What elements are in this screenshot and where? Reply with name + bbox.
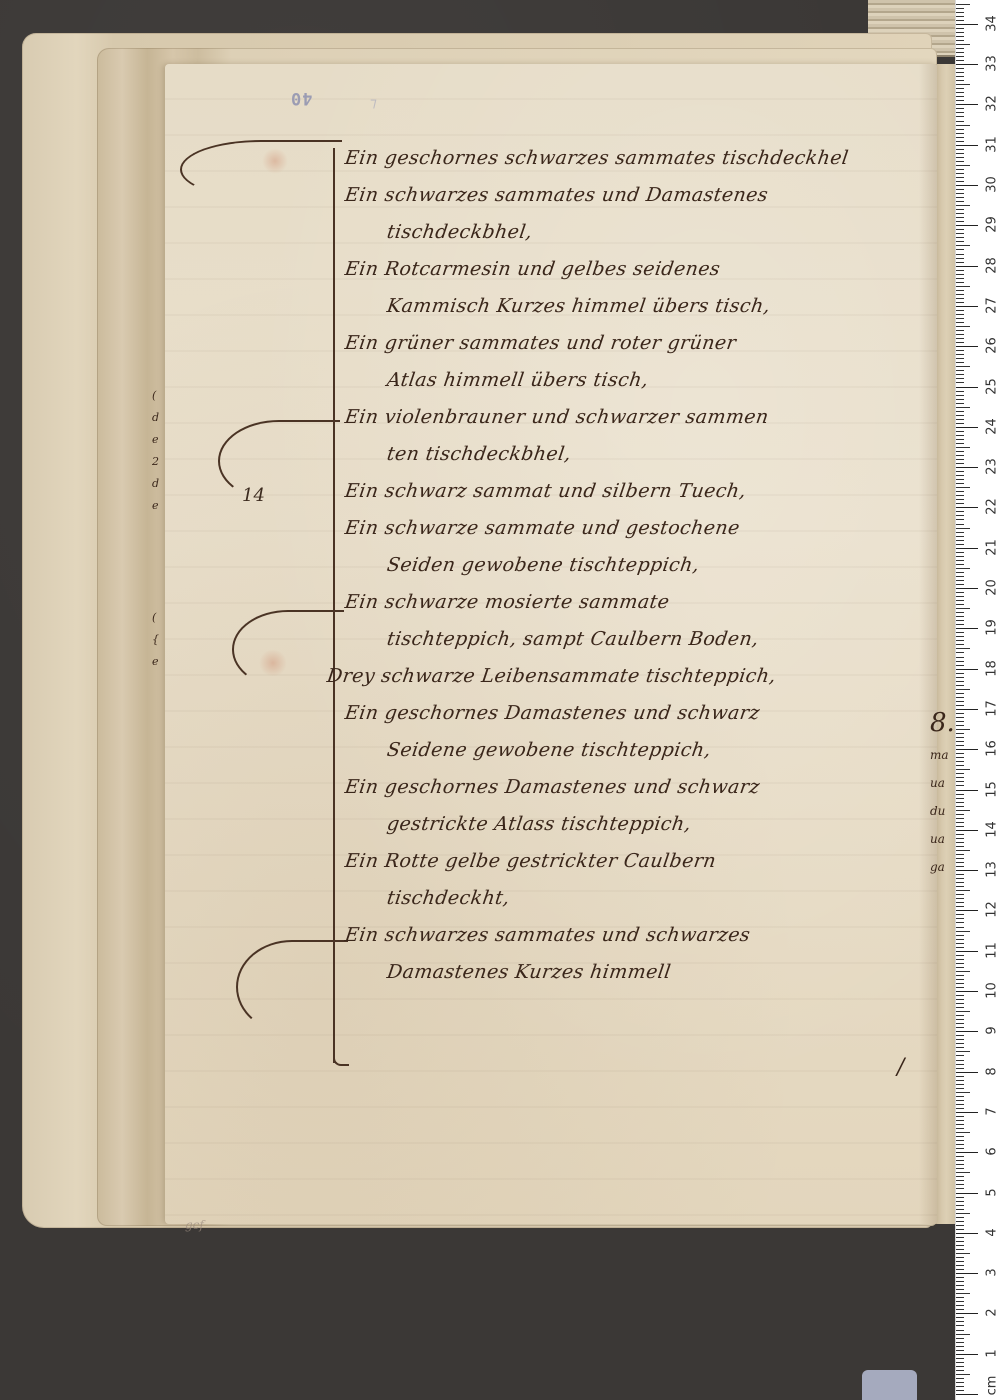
ruler-tick [956, 548, 978, 549]
ruler-tick [956, 1241, 964, 1242]
ruler-tick [956, 983, 964, 984]
ruler-tick [956, 785, 964, 786]
inventory-entry: Ein Rotcarmesin und gelbes seidenes Kamm… [345, 251, 935, 325]
ruler-tick [956, 842, 964, 843]
ruler-tick [956, 1176, 964, 1177]
ruler-tick [956, 68, 964, 69]
ruler-tick [956, 274, 964, 275]
ruler-tick [956, 1120, 964, 1121]
ruler-tick [956, 1108, 964, 1109]
ruler-tick [956, 1068, 964, 1069]
entry-line: Ein schwarz sammat und silbern Tuech, [342, 473, 937, 510]
ruler-tick [956, 1370, 964, 1371]
ruler-tick [956, 729, 970, 730]
ruler-tick [956, 878, 964, 879]
ruler-tick [956, 959, 964, 960]
ruler-tick [956, 100, 964, 101]
ruler-tick [956, 665, 964, 666]
ruler-tick [956, 1072, 978, 1073]
fragment-char: d [152, 473, 166, 495]
ruler-tick [956, 1229, 964, 1230]
ruler-label: 28 [985, 255, 1000, 275]
ruler-tick [956, 1144, 964, 1145]
ruler-tick [956, 1076, 964, 1077]
ruler-tick [956, 1124, 964, 1125]
ruler-tick [956, 1301, 964, 1302]
ruler-tick [956, 866, 964, 867]
ruler-tick [956, 1027, 964, 1028]
ruler-tick [956, 1317, 964, 1318]
ruler-tick [956, 1225, 964, 1226]
ruler-tick [956, 443, 964, 444]
ruler-tick [956, 314, 964, 315]
ruler-tick [956, 415, 964, 416]
ruler-tick [956, 564, 964, 565]
ruler-tick [956, 1378, 964, 1379]
ruler-label: 34 [985, 13, 1000, 33]
ruler-tick [956, 169, 964, 170]
ruler-tick [956, 1257, 964, 1258]
ruler-tick [956, 701, 964, 702]
ruler-tick [956, 636, 964, 637]
ruler-tick [956, 854, 964, 855]
ruler-label: 21 [985, 537, 1000, 557]
ruler-tick [956, 245, 970, 246]
inventory-entry: Drey schwarze Leibensammate tischteppich… [345, 658, 935, 695]
ruler-tick [956, 657, 964, 658]
ruler-label: 8 [985, 1061, 1000, 1081]
ruler-tick [956, 1253, 970, 1254]
tail-mark: / [897, 1055, 904, 1080]
ruler-tick [956, 1092, 970, 1093]
ruler-tick [956, 576, 964, 577]
entry-line: ten tischdeckbhel, [342, 436, 937, 473]
ruler-tick [956, 757, 964, 758]
ruler-tick [956, 471, 964, 472]
entry-line: Atlas himmell übers tisch, [342, 362, 937, 399]
ruler-tick [956, 1112, 978, 1113]
measurement-ruler: 1234567891011121314151617181920212223242… [955, 0, 1000, 1400]
adjacent-page-fragment: 8. ma ua du ua ga [930, 705, 956, 881]
ruler-tick [956, 382, 964, 383]
ruler-tick [956, 1164, 964, 1165]
entry-line: Ein geschornes Damastenes und schwarz [342, 695, 937, 732]
ruler-tick [956, 991, 978, 992]
ruler-tick [956, 713, 964, 714]
ruler-tick [956, 1249, 964, 1250]
ruler-tick [956, 806, 964, 807]
ruler-tick [956, 258, 964, 259]
ruler-tick [956, 1394, 978, 1395]
ruler-tick [956, 1007, 964, 1008]
ruler-label: 30 [985, 175, 1000, 195]
entry-line: tischdeckht, [342, 880, 937, 917]
ruler-label: 25 [985, 376, 1000, 396]
ruler-tick [956, 532, 964, 533]
fragment-text: ma [930, 741, 956, 769]
ruler-tick [956, 1031, 978, 1032]
ruler-tick [956, 693, 964, 694]
ruler-tick [956, 395, 964, 396]
ruler-tick [956, 370, 964, 371]
ruler-tick [956, 874, 964, 875]
ruler-tick [956, 838, 964, 839]
ruler-tick [956, 427, 978, 428]
ruler-tick [956, 310, 964, 311]
ruler-label: 13 [985, 860, 1000, 880]
ruler-tick [956, 1136, 964, 1137]
ruler-tick [956, 1019, 964, 1020]
ruler-tick [956, 1358, 964, 1359]
blue-paper-tab [862, 1370, 917, 1400]
ruler-tick [956, 411, 964, 412]
fragment-text: ua [930, 825, 956, 853]
pencil-note: gcf [185, 1218, 204, 1232]
ruler-tick [956, 346, 978, 347]
inventory-entry: Ein schwarze sammate und gestochene Seid… [345, 510, 935, 584]
ruler-tick [956, 572, 964, 573]
ruler-tick [956, 249, 964, 250]
ruler-tick [956, 540, 964, 541]
ruler-tick [956, 1237, 964, 1238]
ruler-tick [956, 52, 964, 53]
ruler-tick [956, 1128, 964, 1129]
ruler-tick [956, 36, 964, 37]
ruler-tick [956, 338, 964, 339]
ruler-tick [956, 927, 964, 928]
ruler-tick [956, 1366, 964, 1367]
ruler-tick [956, 918, 964, 919]
ruler-label: 18 [985, 658, 1000, 678]
ruler-tick [956, 302, 964, 303]
ruler-tick [956, 765, 964, 766]
ruler-tick [956, 1293, 970, 1294]
ruler-tick [956, 439, 964, 440]
ruler-tick [956, 56, 964, 57]
ruler-tick [956, 342, 964, 343]
fragment-char: 2 [152, 451, 166, 473]
ruler-tick [956, 20, 964, 21]
ruler-label: 1 [985, 1343, 1000, 1363]
ruler-tick [956, 1350, 964, 1351]
ruler-tick [956, 995, 964, 996]
ruler-tick [956, 491, 964, 492]
ruler-tick [956, 1277, 964, 1278]
ruler-tick [956, 116, 964, 117]
ruler-tick [956, 971, 970, 972]
ruler-tick [956, 560, 964, 561]
ruler-tick [956, 568, 970, 569]
ruler-tick [956, 28, 964, 29]
ruler-tick [956, 24, 978, 25]
ruler-tick [956, 681, 964, 682]
ruler-tick [956, 294, 964, 295]
ruler-tick [956, 1205, 964, 1206]
entry-line: tischdeckbhel, [342, 214, 937, 251]
ruler-tick [956, 1382, 964, 1383]
ruler-tick [956, 1305, 964, 1306]
ruler-tick [956, 1354, 978, 1355]
ruler-tick [956, 1184, 964, 1185]
ruler-tick [956, 1043, 964, 1044]
ruler-tick [956, 1096, 964, 1097]
ruler-tick [956, 1334, 970, 1335]
ruler-label: 10 [985, 981, 1000, 1001]
ruler-tick [956, 48, 964, 49]
ruler-tick [956, 1084, 964, 1085]
ruler-tick [956, 749, 978, 750]
ruler-tick [956, 233, 964, 234]
ruler-tick [956, 910, 978, 911]
ruler-label: 9 [985, 1021, 1000, 1041]
ruler-tick [956, 846, 964, 847]
ruler-tick [956, 528, 970, 529]
fragment-text: ga [930, 853, 956, 881]
entry-line: Ein schwarzes sammates und Damastenes [342, 177, 937, 214]
entry-line: Ein grüner sammates und roter grüner [342, 325, 937, 362]
ruler-label: 27 [985, 295, 1000, 315]
ruler-tick [956, 1060, 964, 1061]
ruler-tick [956, 403, 964, 404]
ruler-tick [956, 391, 964, 392]
inventory-entry: Ein geschornes Damastenes und schwarz Se… [345, 695, 935, 769]
entry-line: Ein violenbrauner und schwarzer sammen [342, 399, 937, 436]
entry-line: Ein schwarze sammate und gestochene [342, 510, 937, 547]
ruler-tick [956, 931, 970, 932]
ruler-tick [956, 221, 964, 222]
ruler-tick [956, 487, 970, 488]
ruler-tick [956, 358, 964, 359]
ruler-tick [956, 1390, 964, 1391]
entry-line: Kammisch Kurzes himmel übers tisch, [342, 288, 937, 325]
ruler-tick [956, 121, 964, 122]
ruler-tick [956, 644, 964, 645]
ruler-tick [956, 205, 970, 206]
ruler-tick [956, 507, 978, 508]
ruler-tick [956, 777, 964, 778]
ruler-tick [956, 890, 970, 891]
ruler-tick [956, 1245, 964, 1246]
ruler-tick [956, 608, 970, 609]
ruler-tick [956, 254, 964, 255]
ruler-tick [956, 112, 964, 113]
ruler-tick [956, 1080, 964, 1081]
ruler-tick [956, 350, 964, 351]
fragment-char: ( [152, 607, 166, 629]
ruler-tick [956, 399, 964, 400]
ruler-label: 12 [985, 900, 1000, 920]
ruler-tick [956, 326, 970, 327]
ruler-tick [956, 689, 970, 690]
ruler-tick [956, 1100, 964, 1101]
ruler-tick [956, 12, 964, 13]
inventory-entry: Ein violenbrauner und schwarzer sammen t… [345, 399, 935, 473]
ruler-tick [956, 407, 970, 408]
ruler-tick [956, 733, 964, 734]
marginal-number: 14 [242, 485, 265, 506]
ruler-label: 31 [985, 134, 1000, 154]
ruler-tick [956, 1309, 964, 1310]
ruler-tick [956, 628, 978, 629]
ruler-label: 6 [985, 1142, 1000, 1162]
ruler-label: 2 [985, 1303, 1000, 1323]
ruler-tick [956, 604, 964, 605]
ruler-tick [956, 76, 964, 77]
ruler-tick [956, 104, 978, 105]
ruler-unit-label: cm [985, 1376, 1000, 1396]
ruler-tick [956, 741, 964, 742]
ruler-tick [956, 60, 964, 61]
entry-line: gestrickte Atlass tischteppich, [342, 806, 937, 843]
ruler-tick [956, 1321, 964, 1322]
ruler-tick [956, 1160, 964, 1161]
ruler-tick [956, 1116, 964, 1117]
ruler-tick [956, 431, 964, 432]
ruler-tick [956, 96, 964, 97]
ruler-tick [956, 475, 964, 476]
fragment-text: ua [930, 769, 956, 797]
inventory-entry: Ein schwarzes sammates und schwarzes Dam… [345, 917, 935, 991]
ruler-tick [956, 822, 964, 823]
ruler-tick [956, 519, 964, 520]
ruler-tick [956, 503, 964, 504]
ruler-tick [956, 282, 964, 283]
ruler-tick [956, 769, 970, 770]
ruler-label: 24 [985, 416, 1000, 436]
ruler-tick [956, 858, 964, 859]
bracket-line [333, 148, 335, 1063]
ruler-tick [956, 922, 964, 923]
ruler-tick [956, 673, 964, 674]
ruler-label: 23 [985, 457, 1000, 477]
ruler-tick [956, 600, 964, 601]
ruler-tick [956, 201, 964, 202]
ruler-tick [956, 161, 964, 162]
inventory-entry: Ein grüner sammates und roter grüner Atl… [345, 325, 935, 399]
ruler-tick [956, 677, 964, 678]
fragment-char: e [152, 429, 166, 451]
ruler-tick [956, 217, 964, 218]
ruler-tick [956, 189, 964, 190]
ruler-tick [956, 596, 964, 597]
entry-line: Ein geschornes Damastenes und schwarz [342, 769, 937, 806]
ruler-tick [956, 1325, 964, 1326]
ruler-tick [956, 84, 970, 85]
ruler-tick [956, 1064, 964, 1065]
ruler-tick [956, 40, 964, 41]
ruler-tick [956, 818, 964, 819]
entry-line: Ein schwarze mosierte sammate [342, 584, 937, 621]
bracket-swash [236, 940, 348, 1034]
ruler-tick [956, 1209, 964, 1210]
ruler-tick [956, 1188, 964, 1189]
fragment-char: d [152, 407, 166, 429]
inventory-entries: Ein geschornes schwarzes sammates tischd… [345, 140, 935, 991]
bracket-swash [218, 420, 340, 502]
ruler-tick [956, 1193, 978, 1194]
ruler-label: 17 [985, 698, 1000, 718]
ruler-tick [956, 745, 964, 746]
ruler-tick [956, 781, 964, 782]
ruler-tick [956, 709, 978, 710]
ruler-tick [956, 451, 964, 452]
entry-line: Ein schwarzes sammates und schwarzes [342, 917, 937, 954]
ruler-tick [956, 322, 964, 323]
ruler-label: 22 [985, 497, 1000, 517]
ruler-tick [956, 286, 970, 287]
ruler-tick [956, 177, 964, 178]
ruler-tick [956, 298, 964, 299]
entry-line: Drey schwarze Leibensammate tischteppich… [324, 658, 937, 695]
ruler-tick [956, 209, 964, 210]
ruler-tick [956, 761, 964, 762]
inventory-entry: Ein schwarze mosierte sammate tischteppi… [345, 584, 935, 658]
ruler-tick [956, 133, 964, 134]
ruler-tick [956, 1213, 970, 1214]
fragment-char: e [152, 495, 166, 517]
ruler-tick [956, 1281, 964, 1282]
ruler-tick [956, 669, 978, 670]
ruler-label: 7 [985, 1101, 1000, 1121]
ruler-label: 4 [985, 1222, 1000, 1242]
ruler-tick [956, 225, 978, 226]
ruler-tick [956, 556, 964, 557]
ruler-tick [956, 773, 964, 774]
inventory-entry: Ein Rotte gelbe gestrickter Caulbern tis… [345, 843, 935, 917]
ruler-tick [956, 72, 964, 73]
ruler-tick [956, 685, 964, 686]
ruler-tick [956, 181, 964, 182]
fragment-text: du [930, 797, 956, 825]
ruler-tick [956, 886, 964, 887]
entry-line: Seiden gewobene tischteppich, [342, 547, 937, 584]
ruler-label: 5 [985, 1182, 1000, 1202]
ruler-tick [956, 1233, 978, 1234]
ruler-tick [956, 1285, 964, 1286]
entry-line: Seidene gewobene tischteppich, [342, 732, 937, 769]
ruler-tick [956, 999, 964, 1000]
ruler-tick [956, 943, 964, 944]
ruler-tick [956, 1011, 970, 1012]
ruler-tick [956, 16, 964, 17]
ruler-label: 19 [985, 618, 1000, 638]
ruler-tick [956, 374, 964, 375]
entry-line: Damastenes Kurzes himmell [342, 954, 937, 991]
ruler-label: 16 [985, 739, 1000, 759]
ruler-tick [956, 141, 964, 142]
ruler-tick [956, 185, 978, 186]
ruler-tick [956, 495, 964, 496]
ruler-tick [956, 362, 964, 363]
ruler-tick [956, 153, 964, 154]
ruler-tick [956, 44, 970, 45]
ruler-tick [956, 423, 964, 424]
ruler-tick [956, 1201, 964, 1202]
faint-stamp-mark: ⁊ [370, 95, 377, 111]
ruler-tick [956, 536, 964, 537]
ruler-tick [956, 862, 964, 863]
ruler-tick [956, 129, 964, 130]
ruler-tick [956, 906, 964, 907]
ruler-tick [956, 652, 964, 653]
entry-line: Ein geschornes schwarzes sammates tischd… [342, 140, 937, 177]
fragment-text: 8. [930, 705, 956, 741]
ruler-tick [956, 197, 964, 198]
fragment-char: e [152, 651, 166, 673]
ruler-tick [956, 1297, 964, 1298]
ruler-tick [956, 241, 964, 242]
ruler-tick [956, 447, 970, 448]
